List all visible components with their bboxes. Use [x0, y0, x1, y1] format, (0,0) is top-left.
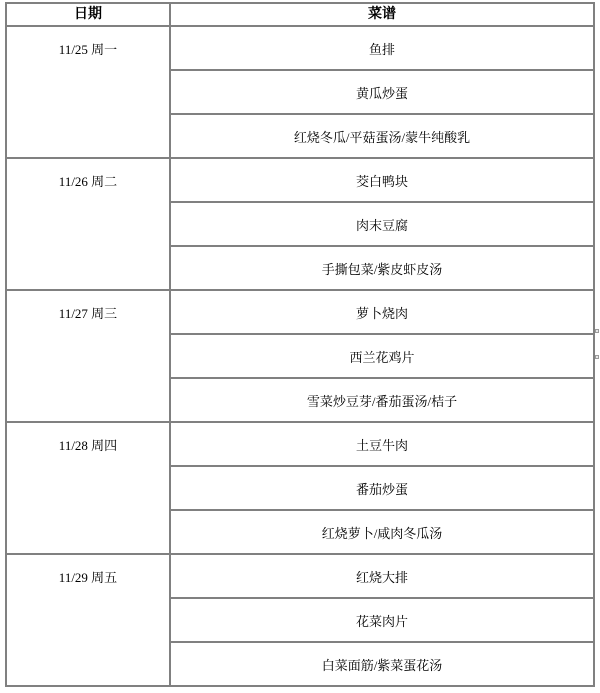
dish-cell: 肉末豆腐 [170, 202, 594, 246]
table-row: 11/25 周一 鱼排 [6, 26, 594, 70]
table-row: 11/29 周五 红烧大排 [6, 554, 594, 598]
date-label: 11/25 周一 [7, 27, 169, 69]
dish-cell: 萝卜烧肉 [170, 290, 594, 334]
table-row: 11/27 周三 萝卜烧肉 [6, 290, 594, 334]
date-label: 11/29 周五 [7, 555, 169, 597]
date-label: 11/27 周三 [7, 291, 169, 333]
date-label: 11/26 周二 [7, 159, 169, 201]
dish-cell: 土豆牛肉 [170, 422, 594, 466]
date-cell-wednesday: 11/27 周三 [6, 290, 170, 422]
dish-cell: 雪菜炒豆芽/番茄蛋汤/桔子 [170, 378, 594, 422]
dish-cell: 红烧大排 [170, 554, 594, 598]
column-header-menu: 菜谱 [170, 3, 594, 26]
dish-cell: 鱼排 [170, 26, 594, 70]
date-cell-tuesday: 11/26 周二 [6, 158, 170, 290]
date-label: 11/28 周四 [7, 423, 169, 465]
weekly-menu-table: 日期 菜谱 11/25 周一 鱼排 黄瓜炒蛋 红烧冬瓜/平菇蛋汤/蒙牛纯酸乳 1 [5, 2, 595, 687]
date-cell-friday: 11/29 周五 [6, 554, 170, 686]
dish-cell: 花菜肉片 [170, 598, 594, 642]
resize-handle-icon [595, 329, 599, 333]
resize-handle-icon [595, 355, 599, 359]
dish-cell: 红烧冬瓜/平菇蛋汤/蒙牛纯酸乳 [170, 114, 594, 158]
menu-page: 日期 菜谱 11/25 周一 鱼排 黄瓜炒蛋 红烧冬瓜/平菇蛋汤/蒙牛纯酸乳 1 [0, 0, 600, 693]
dish-cell: 番茄炒蛋 [170, 466, 594, 510]
table-row: 11/28 周四 土豆牛肉 [6, 422, 594, 466]
dish-cell: 红烧萝卜/咸肉冬瓜汤 [170, 510, 594, 554]
table-row: 11/26 周二 茭白鸭块 [6, 158, 594, 202]
date-cell-thursday: 11/28 周四 [6, 422, 170, 554]
dish-cell: 茭白鸭块 [170, 158, 594, 202]
dish-cell: 白菜面筋/紫菜蛋花汤 [170, 642, 594, 686]
header-row: 日期 菜谱 [6, 3, 594, 26]
dish-cell: 黄瓜炒蛋 [170, 70, 594, 114]
date-cell-monday: 11/25 周一 [6, 26, 170, 158]
dish-cell: 西兰花鸡片 [170, 334, 594, 378]
column-header-date: 日期 [6, 3, 170, 26]
dish-cell: 手撕包菜/紫皮虾皮汤 [170, 246, 594, 290]
